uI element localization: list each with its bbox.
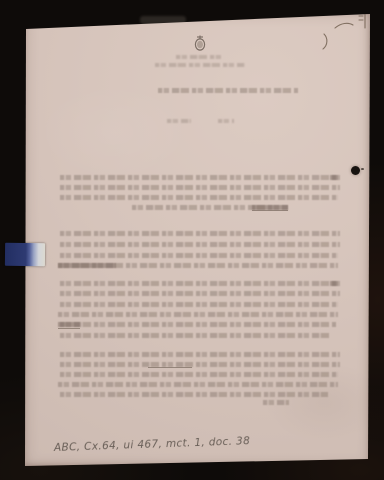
paragraph-4-line bbox=[60, 352, 340, 357]
underline-stroke bbox=[252, 210, 288, 211]
punch-hole-dot bbox=[351, 166, 360, 175]
paragraph-4-line bbox=[263, 400, 289, 405]
page-content-layer: ABC, Cx.64, ui 467, mct. 1, doc. 38 bbox=[0, 0, 384, 480]
underline-stroke bbox=[58, 328, 80, 329]
paragraph-1-line bbox=[60, 195, 338, 200]
paragraph-2-line bbox=[60, 242, 340, 247]
paragraph-3-line bbox=[60, 333, 332, 338]
underline-stroke bbox=[148, 367, 192, 368]
punch-hole-speck bbox=[361, 168, 364, 170]
date-line bbox=[158, 88, 298, 93]
paragraph-2-line bbox=[60, 253, 338, 258]
photo-background-mat: ABC, Cx.64, ui 467, mct. 1, doc. 38 bbox=[0, 0, 384, 480]
reference-mark bbox=[218, 119, 234, 123]
paragraph-4-line bbox=[60, 392, 328, 397]
paragraph-1-line bbox=[60, 175, 340, 180]
paragraph-3-line bbox=[60, 281, 340, 286]
letterhead-line bbox=[176, 55, 222, 59]
coat-of-arms-crest-icon bbox=[190, 34, 210, 52]
paragraph-3-line bbox=[58, 312, 338, 317]
blue-index-tab bbox=[5, 243, 45, 266]
paragraph-3-line bbox=[60, 322, 336, 327]
document-page: ABC, Cx.64, ui 467, mct. 1, doc. 38 bbox=[24, 12, 372, 468]
paragraph-2-line bbox=[60, 231, 340, 236]
dark-text-run bbox=[330, 281, 338, 286]
paragraph-3-line bbox=[60, 291, 340, 296]
paragraph-1-line bbox=[60, 185, 340, 190]
reference-mark bbox=[167, 119, 191, 123]
dark-text-run bbox=[58, 263, 116, 268]
letterhead-line bbox=[155, 63, 245, 67]
paragraph-4-line bbox=[60, 362, 340, 367]
paragraph-4-line bbox=[58, 382, 338, 387]
pencil-marks-icon bbox=[315, 6, 375, 54]
paragraph-4-line bbox=[60, 372, 338, 377]
dark-text-run bbox=[58, 322, 80, 327]
paragraph-3-line bbox=[60, 302, 338, 307]
archival-annotation-handwriting: ABC, Cx.64, ui 467, mct. 1, doc. 38 bbox=[54, 435, 251, 454]
dark-text-run bbox=[330, 175, 338, 180]
